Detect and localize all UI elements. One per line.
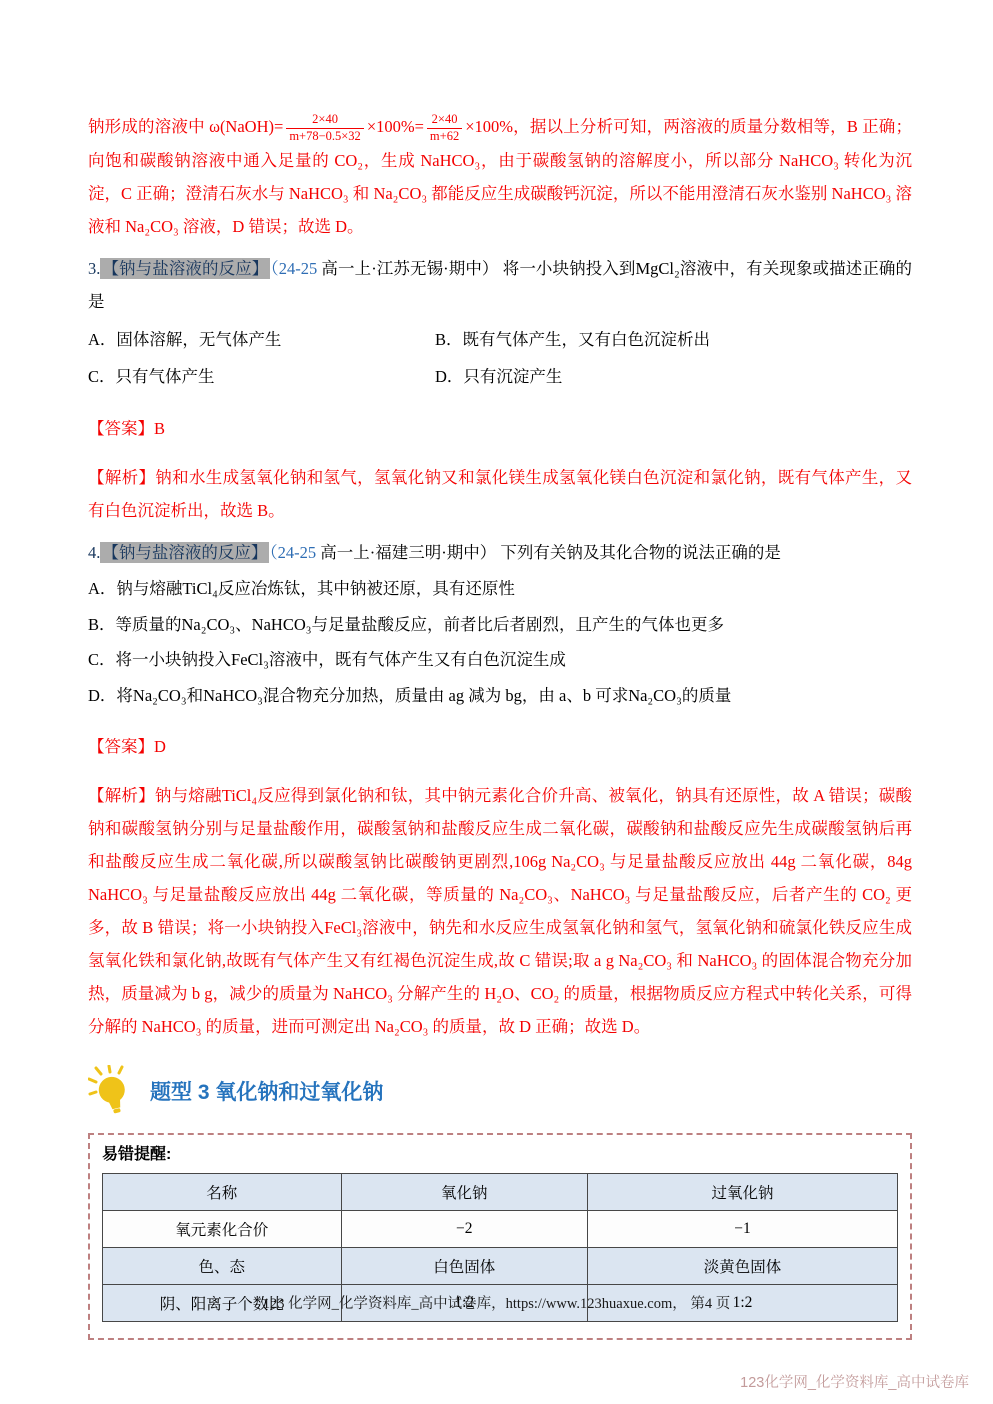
header-cell: 氧化钠 [341,1174,587,1211]
watermark: 123化学网_化学资料库_高中试卷库 [740,1371,969,1392]
fraction-1-numerator: 2×40 [286,112,364,129]
intro-analysis: 钠形成的溶液中 ω(NaOH)=2×40m+78−0.5×32×100%=2×4… [88,110,912,243]
question-stem: 下列有关钠及其化合物的说法正确的是 [500,543,781,562]
table-cell: 色、态 [103,1248,342,1285]
intro-seg2: ×100%= [367,117,424,136]
question-number: 4. [88,543,100,562]
table-cell: 白色固体 [341,1248,587,1285]
topic-tag: 【钠与盐溶液的反应】 [100,258,270,279]
option-label: B． [88,615,116,634]
option-label: D． [88,686,116,705]
header-cell: 过氧化钠 [587,1174,897,1211]
fraction-2-denominator: m+62 [427,129,462,145]
option-text: 等质量的Na₂CO₃、NaHCO₃与足量盐酸反应，前者比后者剧烈，且产生的气体也… [116,615,725,634]
page-footer: 123 化学网_化学资料库_高中试卷库，https://www.123huaxu… [0,1292,993,1313]
question-number: 3. [88,259,100,278]
option-text: 固体溶解，无气体产生 [116,330,281,349]
question-4: 4.【钠与盐溶液的反应】（24-25 高一上·福建三明·期中） 下列有关钠及其化… [88,536,912,1043]
option-c: C．将一小块钠投入FeCl₃溶液中，既有气体产生又有白色沉淀生成 [88,642,912,678]
page-content: 钠形成的溶液中 ω(NaOH)=2×40m+78−0.5×32×100%=2×4… [88,110,912,1340]
table-cell: 氧元素化合价 [103,1211,342,1248]
fraction-1-denominator: m+78−0.5×32 [286,129,364,145]
answer-line: 【答案】B [88,412,912,445]
analysis-line: 【解析】钠和水生成氢氧化钠和氢气，氢氧化钠又和氯化镁生成氢氧化镁白色沉淀和氯化钠… [88,461,912,527]
option-text: 钠与熔融TiCl₄反应冶炼钛，其中钠被还原，具有还原性 [116,579,514,598]
question-3-heading: 3.【钠与盐溶液的反应】（24-25 高一上·江苏无锡·期中） 将一小块钠投入到… [88,252,912,318]
answer-value: D [154,737,166,756]
question-source: 高一上·江苏无锡·期中） [317,259,503,278]
question-source: 高一上·福建三明·期中） [316,543,500,562]
table-cell: −2 [341,1211,587,1248]
options-list: A．钠与熔融TiCl₄反应冶炼钛，其中钠被还原，具有还原性 B．等质量的Na₂C… [88,571,912,713]
fraction-2: 2×40m+62 [427,112,462,144]
question-3: 3.【钠与盐溶液的反应】（24-25 高一上·江苏无锡·期中） 将一小块钠投入到… [88,252,912,527]
option-label: C． [88,650,116,669]
option-d: D．只有沉淀产生 [435,358,912,395]
options-grid: A．固体溶解，无气体产生 B．既有气体产生，又有白色沉淀析出 C．只有气体产生 … [88,321,912,395]
option-label: A． [88,330,116,349]
answer-line: 【答案】D [88,730,912,763]
table-row: 色、态 白色固体 淡黄色固体 [103,1248,898,1285]
answer-value: B [154,419,165,438]
lightbulb-icon [88,1065,134,1117]
table-cell: 淡黄色固体 [587,1248,897,1285]
option-text: 只有沉淀产生 [463,367,562,386]
option-text: 既有气体产生，又有白色沉淀析出 [463,330,711,349]
analysis-text: 钠和水生成氢氧化钠和氢气，氢氧化钠又和氯化镁生成氢氧化镁白色沉淀和氯化钠，既有气… [88,468,912,520]
section-title: 题型 3 氧化钠和过氧化钠 [150,1076,383,1106]
topic-tag: 【钠与盐溶液的反应】 [100,542,269,563]
question-source-year: （24-25 [270,259,317,278]
fraction-2-numerator: 2×40 [427,112,462,129]
answer-label: 【答案】 [88,419,154,438]
answer-label: 【答案】 [88,737,154,756]
table-cell: −1 [587,1211,897,1248]
table-header-row: 名称 氧化钠 过氧化钠 [103,1174,898,1211]
analysis-label: 【解析】 [88,468,155,487]
option-a: A．钠与熔融TiCl₄反应冶炼钛，其中钠被还原，具有还原性 [88,571,912,607]
analysis-text: 钠与熔融TiCl₄反应得到氯化钠和钛，其中钠元素化合价升高、被氧化，钠具有还原性… [88,786,912,1036]
option-text: 将一小块钠投入FeCl₃溶液中，既有气体产生又有白色沉淀生成 [116,650,566,669]
question-4-heading: 4.【钠与盐溶液的反应】（24-25 高一上·福建三明·期中） 下列有关钠及其化… [88,536,912,569]
option-text: 只有气体产生 [116,367,215,386]
option-a: A．固体溶解，无气体产生 [88,321,435,358]
option-text: 将Na₂CO₃和NaHCO₃混合物充分加热，质量由 ag 减为 bg，由 a、b… [116,686,731,705]
header-cell: 名称 [103,1174,342,1211]
analysis-label: 【解析】 [88,786,155,805]
intro-seg1: 钠形成的溶液中 ω(NaOH)= [88,117,283,136]
fraction-1: 2×40m+78−0.5×32 [286,112,364,144]
option-c: C．只有气体产生 [88,358,435,395]
option-label: D． [435,367,463,386]
option-b: B．等质量的Na₂CO₃、NaHCO₃与足量盐酸反应，前者比后者剧烈，且产生的气… [88,607,912,643]
option-label: A． [88,579,116,598]
option-b: B．既有气体产生，又有白色沉淀析出 [435,321,912,358]
option-label: B． [435,330,463,349]
table-row: 氧元素化合价 −2 −1 [103,1211,898,1248]
analysis-line: 【解析】钠与熔融TiCl₄反应得到氯化钠和钛，其中钠元素化合价升高、被氧化，钠具… [88,779,912,1043]
option-label: C． [88,367,116,386]
question-source-year: （24-25 [269,543,316,562]
option-d: D．将Na₂CO₃和NaHCO₃混合物充分加热，质量由 ag 减为 bg，由 a… [88,678,912,714]
section-header: 题型 3 氧化钠和过氧化钠 [88,1063,912,1119]
tip-box-label: 易错提醒: [102,1141,898,1169]
